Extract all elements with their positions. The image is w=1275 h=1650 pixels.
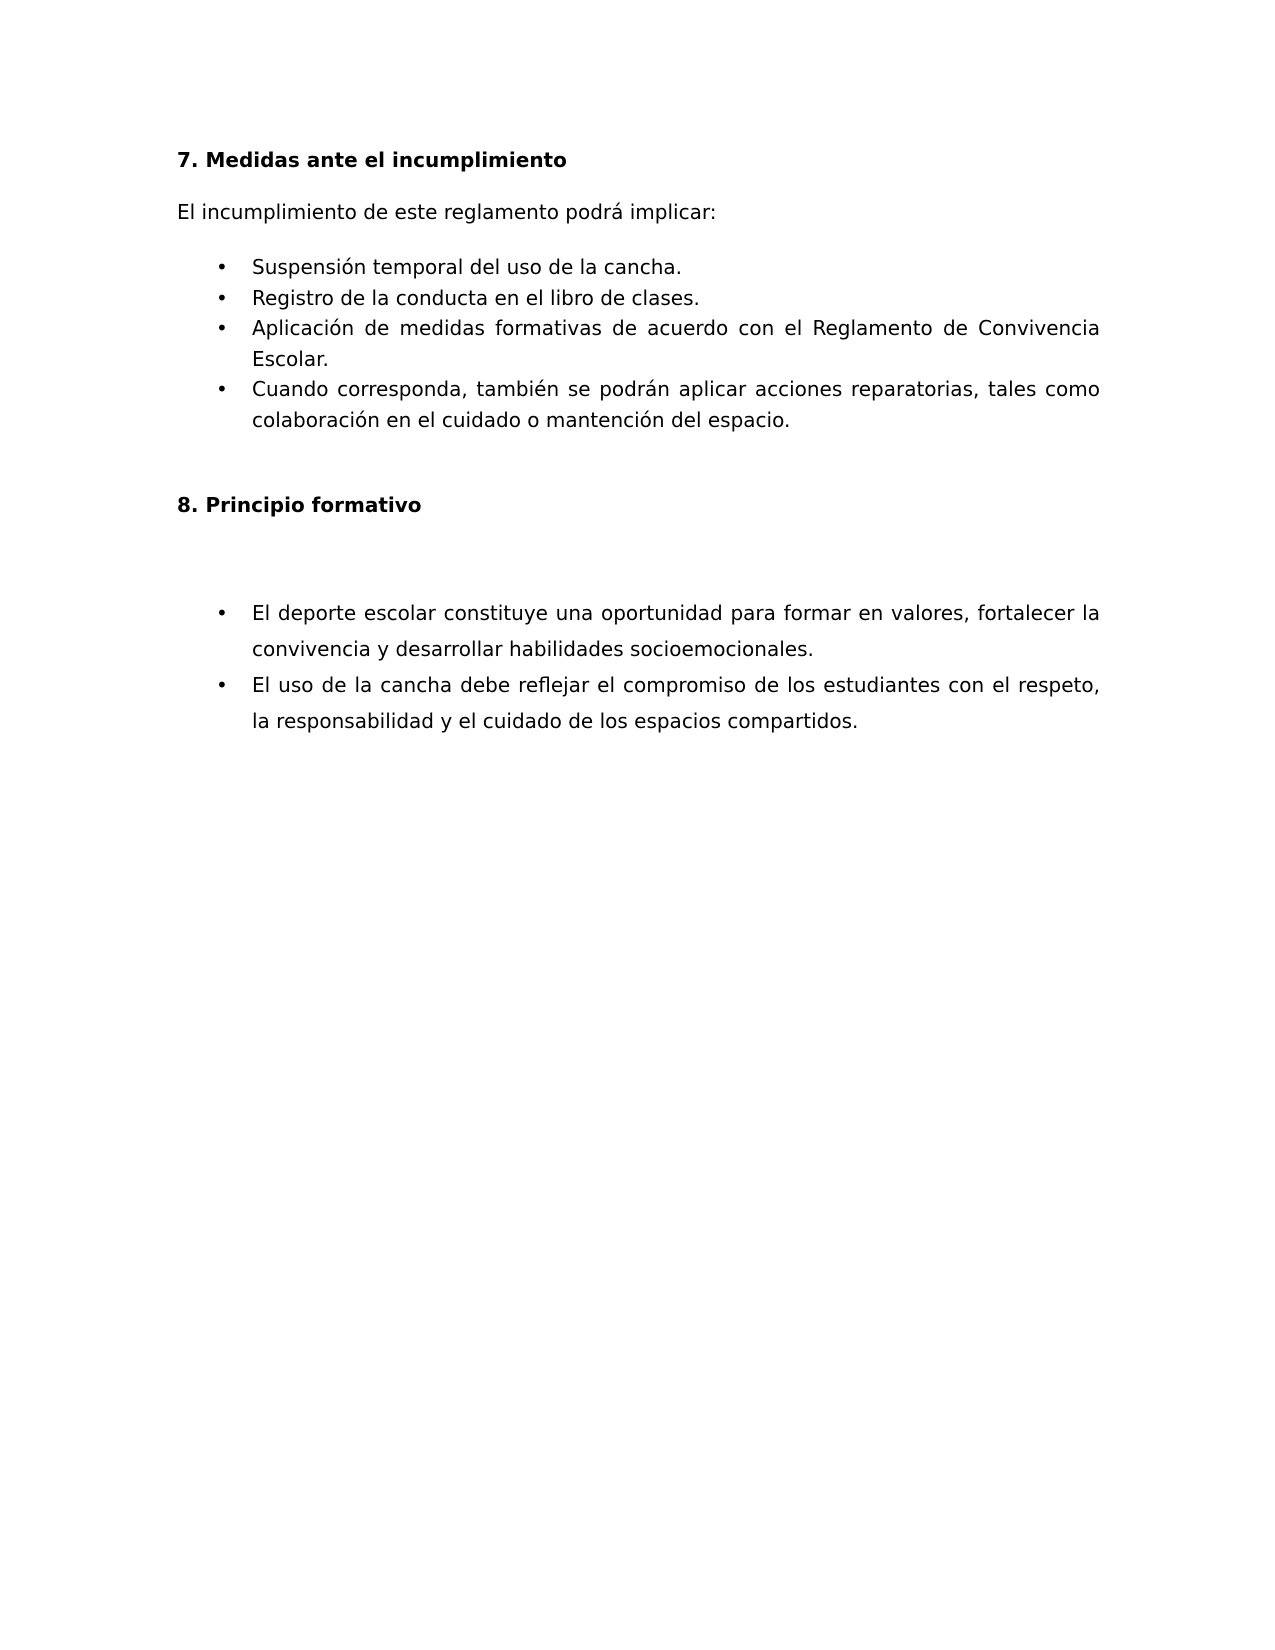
bullet-icon: • xyxy=(216,283,228,314)
list-item: •Registro de la conducta en el libro de … xyxy=(177,283,1100,314)
section-8-heading: 8. Principio formativo xyxy=(177,493,1100,517)
document-page: 7. Medidas ante el incumplimiento El inc… xyxy=(0,0,1275,1650)
bullet-icon: • xyxy=(216,313,228,344)
bullet-icon: • xyxy=(216,374,228,405)
list-item: •El deporte escolar constituye una oport… xyxy=(177,595,1100,667)
bullet-icon: • xyxy=(216,595,228,631)
list-item: •El uso de la cancha debe reflejar el co… xyxy=(177,667,1100,739)
bullet-icon: • xyxy=(216,252,228,283)
list-item: •Cuando corresponda, también se podrán a… xyxy=(177,374,1100,435)
section-8-list: •El deporte escolar constituye una oport… xyxy=(177,595,1100,739)
bullet-icon: • xyxy=(216,667,228,703)
section-7-intro: El incumplimiento de este reglamento pod… xyxy=(177,200,1100,224)
list-item: •Suspensión temporal del uso de la canch… xyxy=(177,252,1100,283)
list-item: •Aplicación de medidas formativas de acu… xyxy=(177,313,1100,374)
section-7-heading: 7. Medidas ante el incumplimiento xyxy=(177,148,1100,172)
section-7-list: •Suspensión temporal del uso de la canch… xyxy=(177,252,1100,435)
